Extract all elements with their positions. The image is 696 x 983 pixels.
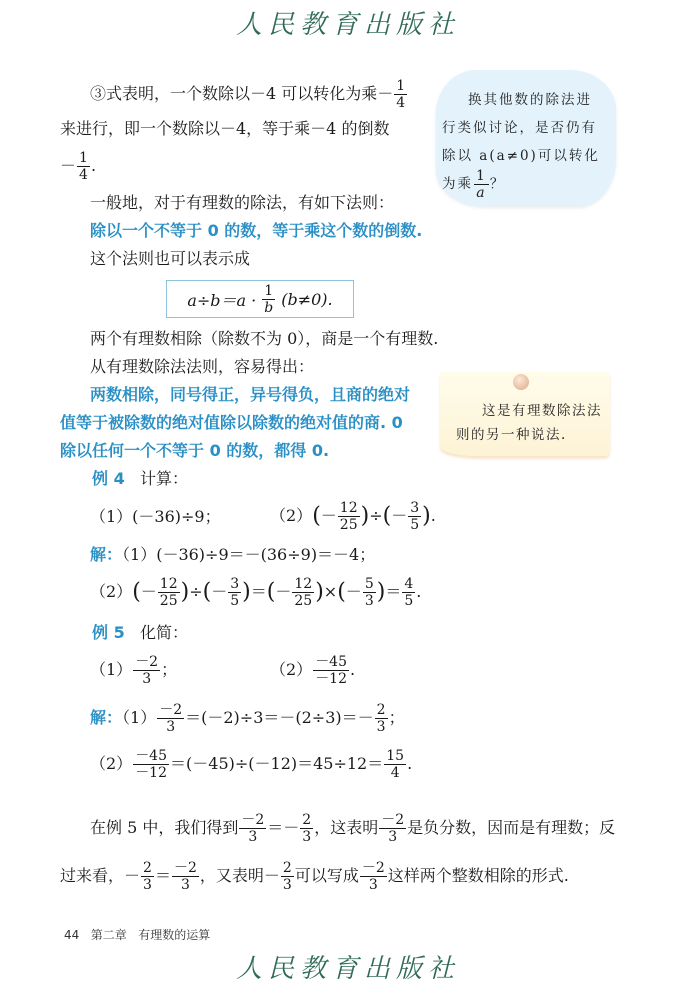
example-5-solution-1: 解：（1）－23＝(－2)÷3＝－(2÷3)＝－23； [90,702,405,735]
example-4-solution-2: （2）(－1225)÷(－35)＝(－1225)×(－53)＝45. [90,576,421,609]
cloud-line-3: 除以 a(a≠0)可以转化 [442,142,600,170]
fraction: 1b [262,283,275,316]
example-5-question-1: （1）－23； [90,654,177,687]
paragraph-5: 从有理数除法法则，容易得出： [90,356,314,378]
chapter-label: 第二章 [91,928,127,942]
example-5-solution-2: （2）－45－12＝(－45)÷(－12)＝45÷12＝154. [90,748,412,781]
conclusion-line-1: 在例 5 中，我们得到－23＝－23，这表明－23是负分数，因而是有理数；反 [90,812,615,845]
example-4-solution-1: 解：（1）(－36)÷9＝－(36÷9)＝－4； [90,544,375,566]
publisher-logo-header: 人民教育出版社 [0,4,696,41]
example-5-question-2: （2）－45－12. [270,654,355,687]
fraction: 1a [474,168,489,201]
example-label: 例 5 [92,623,125,642]
sign-rule-line-3: 除以任何一个不等于 0 的数，都得 0. [60,440,329,462]
cloud-line-1: 换其他数的除法进 [468,86,592,114]
cloud-line-2: 行类似讨论，是否仍有 [442,114,597,142]
division-rule: 除以一个不等于 0 的数，等于乘这个数的倒数. [90,220,422,242]
solution-label: 解： [90,708,122,727]
fraction: 14 [394,78,407,111]
conclusion-line-2: 过来看，－23＝－23，又表明－23可以写成－23这样两个整数相除的形式. [60,860,569,893]
example-5-heading: 例 5 化简： [92,622,188,644]
formula-condition: (b≠0). [281,290,332,309]
paragraph-3: 这个法则也可以表示成 [90,248,250,270]
pushpin-icon [513,374,529,390]
example-4-heading: 例 4 计算： [92,468,188,490]
sign-rule-line-2: 值等于被除数的绝对值除以除数的绝对值的商. 0 [60,412,403,434]
paragraph-1-line-1: ③式表明，一个数除以－4 可以转化为乘－14 [90,78,408,111]
cloud-line-4: 为乘1a？ [442,168,505,201]
page-footer: 44 第二章 有理数的运算 [64,926,210,943]
division-formula-box: a÷b＝a · 1b (b≠0). [166,280,354,318]
formula-left: a÷b＝a · [187,288,256,311]
chapter-title: 有理数的运算 [138,928,210,942]
fraction: 14 [77,150,90,183]
text: ③式表明，一个数除以－4 可以转化为乘－ [90,84,393,103]
note-line-2: 则的另一种说法. [456,422,567,448]
paragraph-1-line-2: 来进行，即一个数除以－4，等于乘－4 的倒数 [60,118,389,140]
publisher-logo-footer: 人民教育出版社 [0,948,696,983]
example-label: 例 4 [92,469,125,488]
paragraph-1-line-3: －14. [60,150,96,183]
paragraph-2: 一般地，对于有理数的除法，有如下法则： [90,192,394,214]
example-4-question-1: （1）(－36)÷9； [90,506,221,528]
solution-label: 解： [90,545,122,564]
example-4-question-2: （2）(－1225)÷(－35). [270,500,436,533]
sign-rule-line-1: 两数相除，同号得正，异号得负，且商的绝对 [90,384,410,406]
paragraph-4: 两个有理数相除（除数不为 0），商是一个有理数. [90,328,438,350]
note-line-1: 这是有理数除法法 [482,398,602,424]
page-number: 44 [64,928,79,942]
